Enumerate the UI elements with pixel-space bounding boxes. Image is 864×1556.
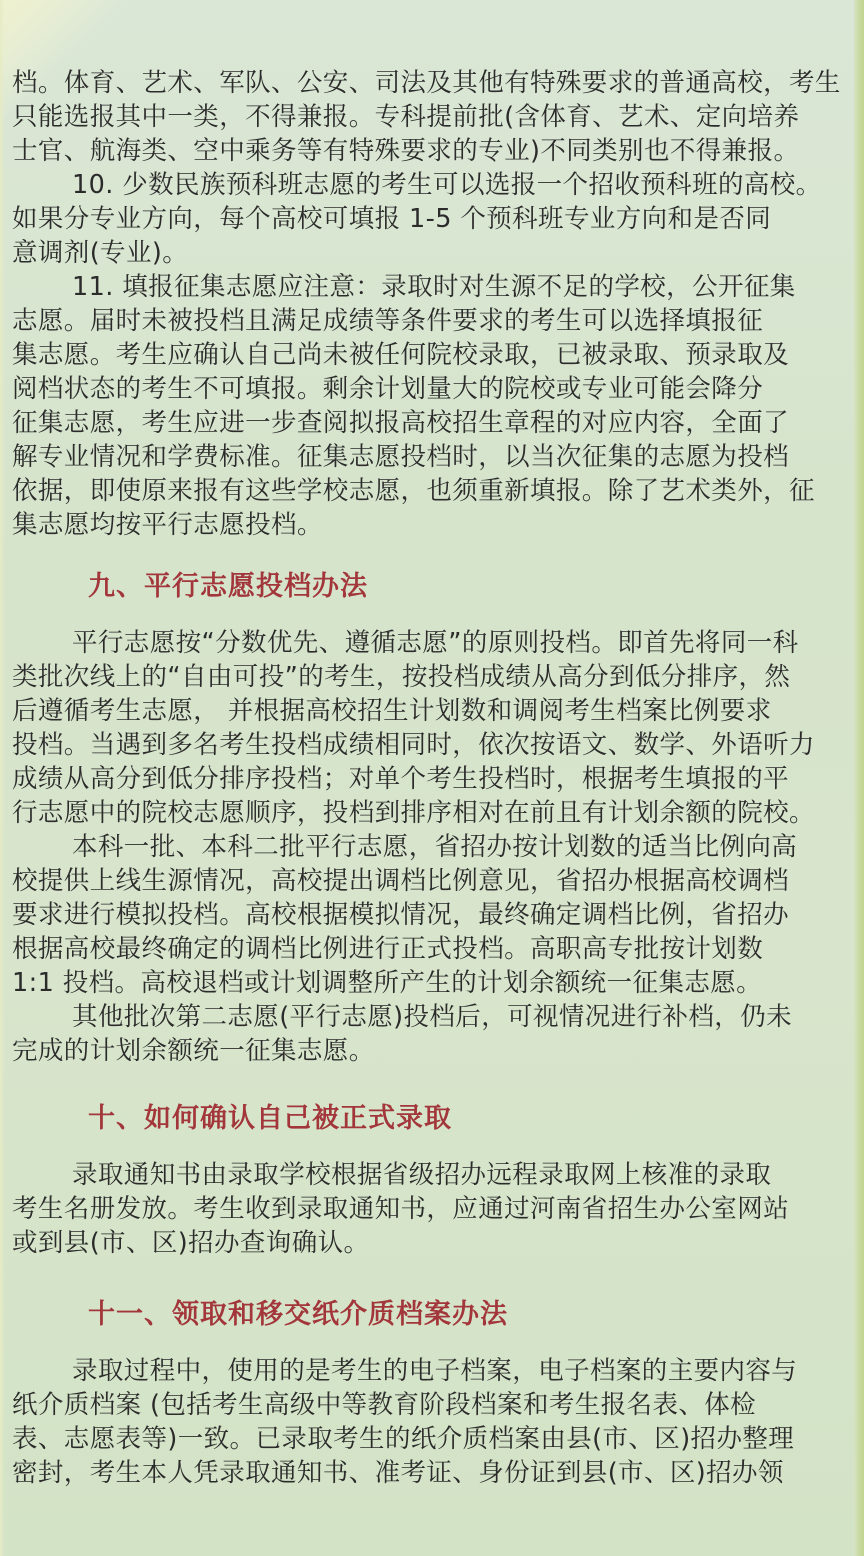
text-line: 解专业情况和学费标准。征集志愿投档时，以当次征集的志愿为投档 <box>12 440 852 474</box>
text-line: 表、志愿表等)一致。已录取考生的纸介质档案由县(市、区)招办整理 <box>12 1422 852 1456</box>
text-line: 1:1 投档。高校退档或计划调整所产生的计划余额统一征集志愿。 <box>12 966 852 1000</box>
text-line: 行志愿中的院校志愿顺序，投档到排序相对在前且有计划余额的院校。 <box>12 796 852 830</box>
text-line: 阅档状态的考生不可填报。剩余计划量大的院校或专业可能会降分 <box>12 372 852 406</box>
item-11-paragraph: 11. 填报征集志愿应注意：录取时对生源不足的学校，公开征集 志愿。届时未被投档… <box>12 270 852 542</box>
text-line: 志愿。届时未被投档且满足成绩等条件要求的考生可以选择填报征 <box>12 304 852 338</box>
text-line: 本科一批、本科二批平行志愿，省招办按计划数的适当比例向高 <box>12 830 852 864</box>
text-line: 意调剂(专业)。 <box>12 236 852 270</box>
section-10-paragraph: 录取通知书由录取学校根据省级招办远程录取网上核准的录取 考生名册发放。考生收到录… <box>12 1158 852 1260</box>
text-line: 校提供上线生源情况，高校提出调档比例意见，省招办根据高校调档 <box>12 864 852 898</box>
section-9-heading: 九、平行志愿投档办法 <box>88 564 368 603</box>
text-line: 如果分专业方向，每个高校可填报 1-5 个预科班专业方向和是否同 <box>12 202 852 236</box>
text-line: 11. 填报征集志愿应注意：录取时对生源不足的学校，公开征集 <box>12 270 852 304</box>
section-9-paragraph-2: 本科一批、本科二批平行志愿，省招办按计划数的适当比例向高 校提供上线生源情况，高… <box>12 830 852 1000</box>
text-line: 根据高校最终确定的调档比例进行正式投档。高职高专批按计划数 <box>12 932 852 966</box>
text-line: 考生名册发放。考生收到录取通知书，应通过河南省招生办公室网站 <box>12 1192 852 1226</box>
section-11-paragraph: 录取过程中，使用的是考生的电子档案，电子档案的主要内容与 纸介质档案 (包括考生… <box>12 1354 852 1490</box>
text-line: 其他批次第二志愿(平行志愿)投档后，可视情况进行补档，仍未 <box>12 1000 852 1034</box>
text-line: 依据，即使原来报有这些学校志愿，也须重新填报。除了艺术类外，征 <box>12 474 852 508</box>
text-line: 征集志愿，考生应进一步查阅拟报高校招生章程的对应内容，全面了 <box>12 406 852 440</box>
section-11-heading: 十一、领取和移交纸介质档案办法 <box>88 1292 508 1331</box>
text-line: 投档。当遇到多名考生投档成绩相同时，依次按语文、数学、外语听力 <box>12 728 852 762</box>
text-line: 档。体育、艺术、军队、公安、司法及其他有特殊要求的普通高校，考生 <box>12 66 852 100</box>
section-9-paragraph-1: 平行志愿按“分数优先、遵循志愿”的原则投档。即首先将同一科 类批次线上的“自由可… <box>12 626 852 830</box>
section-10-heading: 十、如何确认自己被正式录取 <box>88 1096 452 1135</box>
text-line: 后遵循考生志愿， 并根据高校招生计划数和调阅考生档案比例要求 <box>12 694 852 728</box>
text-line: 集志愿均按平行志愿投档。 <box>12 508 852 542</box>
text-line: 完成的计划余额统一征集志愿。 <box>12 1034 852 1068</box>
text-line: 密封，考生本人凭录取通知书、准考证、身份证到县(市、区)招办领 <box>12 1456 852 1490</box>
section-9-paragraph-3: 其他批次第二志愿(平行志愿)投档后，可视情况进行补档，仍未 完成的计划余额统一征… <box>12 1000 852 1068</box>
text-line: 要求进行模拟投档。高校根据模拟情况，最终确定调档比例，省招办 <box>12 898 852 932</box>
text-line: 或到县(市、区)招办查询确认。 <box>12 1226 852 1260</box>
text-line: 录取通知书由录取学校根据省级招办远程录取网上核准的录取 <box>12 1158 852 1192</box>
text-line: 士官、航海类、空中乘务等有特殊要求的专业)不同类别也不得兼报。 <box>12 134 852 168</box>
text-line: 录取过程中，使用的是考生的电子档案，电子档案的主要内容与 <box>12 1354 852 1388</box>
text-line: 纸介质档案 (包括考生高级中等教育阶段档案和考生报名表、体检 <box>12 1388 852 1422</box>
item-10-paragraph: 10. 少数民族预科班志愿的考生可以选报一个招收预科班的高校。 如果分专业方向，… <box>12 168 852 270</box>
text-line: 10. 少数民族预科班志愿的考生可以选报一个招收预科班的高校。 <box>12 168 852 202</box>
text-line: 只能选报其中一类，不得兼报。专科提前批(含体育、艺术、定向培养 <box>12 100 852 134</box>
text-line: 平行志愿按“分数优先、遵循志愿”的原则投档。即首先将同一科 <box>12 626 852 660</box>
text-line: 类批次线上的“自由可投”的考生，按投档成绩从高分到低分排序，然 <box>12 660 852 694</box>
text-line: 成绩从高分到低分排序投档；对单个考生投档时，根据考生填报的平 <box>12 762 852 796</box>
left-edge-decoration <box>0 0 5 1556</box>
text-line: 集志愿。考生应确认自己尚未被任何院校录取，已被录取、预录取及 <box>12 338 852 372</box>
intro-paragraph: 档。体育、艺术、军队、公安、司法及其他有特殊要求的普通高校，考生 只能选报其中一… <box>12 66 852 168</box>
right-edge-decoration <box>854 0 864 1556</box>
